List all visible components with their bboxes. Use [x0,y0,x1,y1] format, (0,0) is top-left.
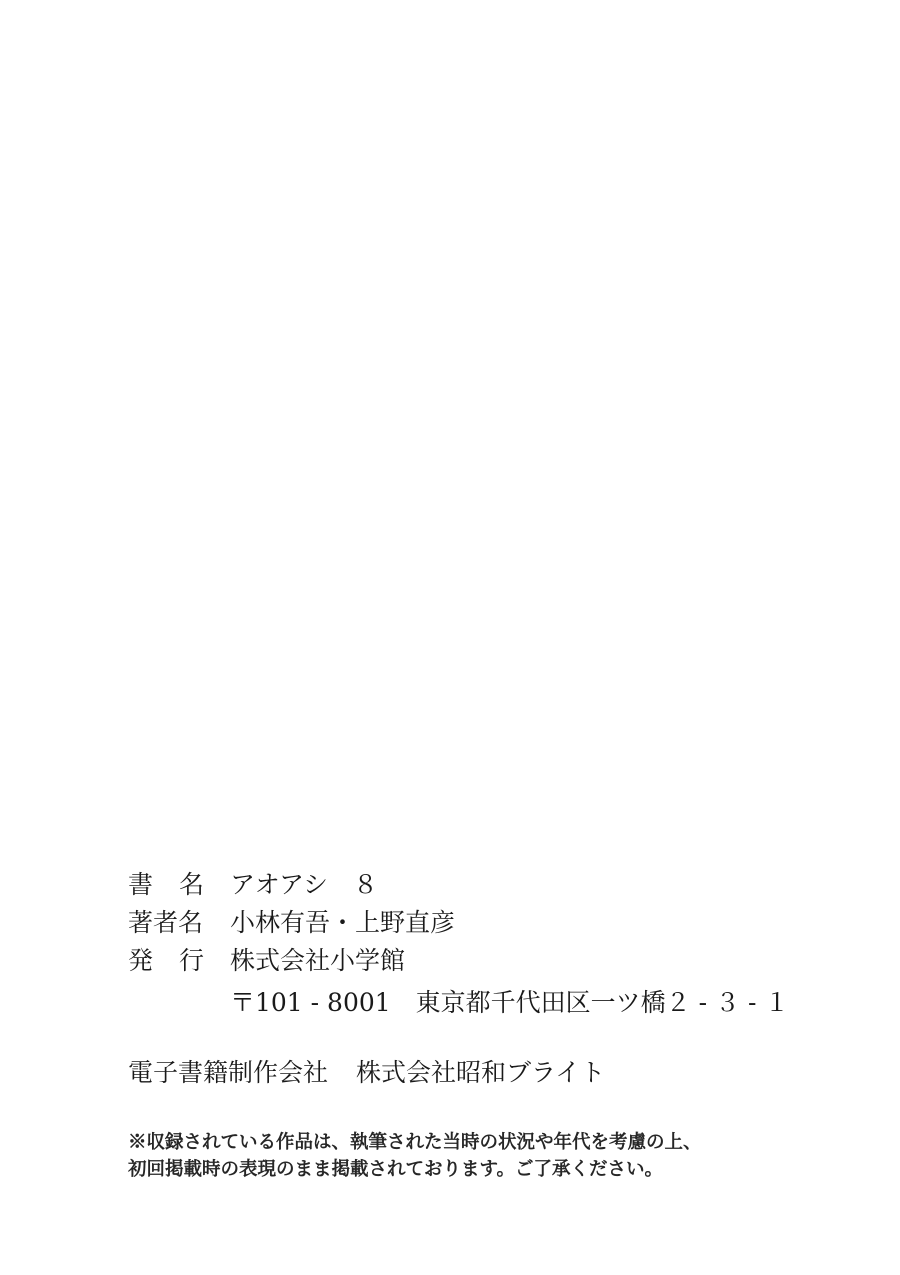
author-row: 著者名 小林有吾・上野直彦 [128,904,828,942]
publisher-label-char: 発 [128,946,153,976]
publisher-label-char: 行 [179,946,204,976]
title-label: 書 名 [128,870,204,900]
publisher-name: 株式会社小学館 [230,946,405,976]
ebook-producer-name: 株式会社昭和ブライト [356,1058,605,1088]
publisher-label: 発 行 [128,946,204,976]
ebook-producer-label: 電子書籍制作会社 [128,1058,328,1088]
spacer [328,1058,356,1088]
title-label-char: 書 [128,870,153,900]
publisher-address: 〒101 - 8001 東京都千代田区一ツ橋２ - ３ - １ [230,988,789,1018]
disclaimer-line: ※収録されている作品は、執筆された当時の状況や年代を考慮の上、 [128,1129,702,1156]
author-label: 著者名 [128,908,230,938]
publisher-row: 発 行 株式会社小学館 [128,942,828,980]
title-row: 書 名 アオアシ ８ [128,866,828,904]
author-names: 小林有吾・上野直彦 [230,908,455,938]
book-title: アオアシ ８ [230,870,378,900]
disclaimer-note: ※収録されている作品は、執筆された当時の状況や年代を考慮の上、 初回掲載時の表現… [128,1129,702,1183]
publisher-address-row: 〒101 - 8001 東京都千代田区一ツ橋２ - ３ - １ [128,984,828,1022]
colophon: 書 名 アオアシ ８ 著者名 小林有吾・上野直彦 発 行 株式会社小学館 〒10… [128,866,828,1022]
title-label-char: 名 [179,870,204,900]
disclaimer-line: 初回掲載時の表現のまま掲載されております。ご了承ください。 [128,1156,702,1183]
ebook-producer: 電子書籍制作会社 株式会社昭和ブライト [128,1058,605,1088]
